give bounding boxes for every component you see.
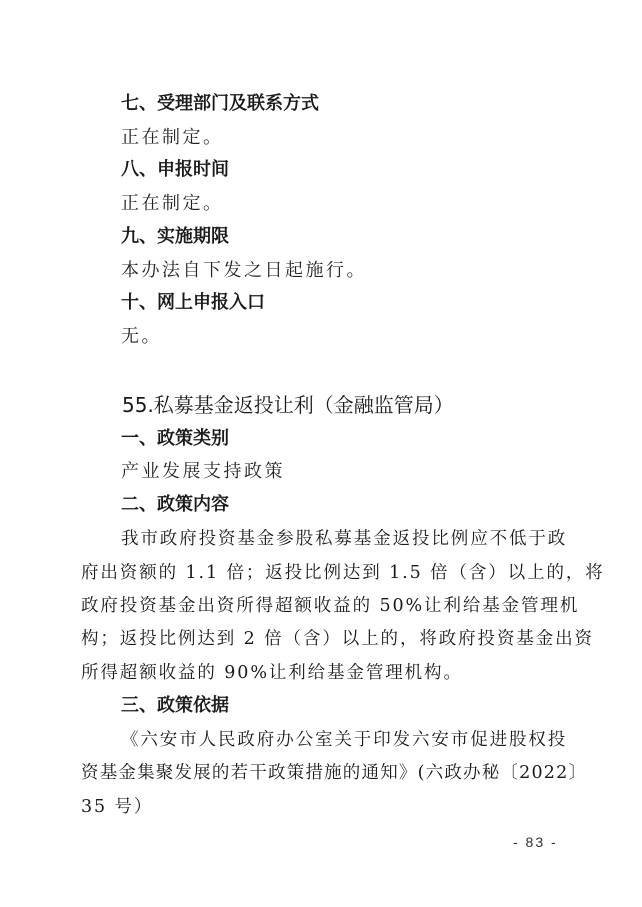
section-heading-period: 九、实施期限: [121, 225, 229, 249]
policy-basis-line: 35 号）: [81, 795, 559, 819]
policy-basis-heading: 三、政策依据: [121, 694, 229, 718]
section-text-period: 本办法自下发之日起施行。: [121, 259, 367, 283]
policy-basis-line: 《六安市人民政府办公室关于印发六安市促进股权投: [121, 728, 559, 752]
policy-basis-line: 资基金集聚发展的若干政策措施的通知》(六政办秘〔2022〕: [81, 761, 559, 785]
policy-content-line: 政府投资基金出资所得超额收益的 50%让利给基金管理机: [81, 594, 559, 618]
section-heading-online-entry: 十、网上申报入口: [121, 291, 265, 315]
policy-title: 55.私募基金返投让利（金融监管局）: [122, 393, 454, 417]
policy-content-line: 构；返投比例达到 2 倍（含）以上的，将政府投资基金出资: [81, 627, 559, 651]
section-heading-apply-time: 八、申报时间: [121, 158, 229, 182]
policy-content-line: 所得超额收益的 90%让利给基金管理机构。: [81, 661, 559, 685]
policy-category-text: 产业发展支持政策: [121, 460, 285, 484]
page-number: - 83 -: [513, 830, 558, 854]
section-text-contact: 正在制定。: [121, 126, 224, 150]
policy-content-line: 我市政府投资基金参股私募基金返投比例应不低于政: [121, 527, 559, 551]
policy-content-line: 府出资额的 1.1 倍；返投比例达到 1.5 倍（含）以上的，将: [81, 561, 559, 585]
policy-category-heading: 一、政策类别: [121, 427, 229, 451]
policy-content-heading: 二、政策内容: [121, 493, 229, 517]
section-text-apply-time: 正在制定。: [121, 192, 224, 216]
section-text-online-entry: 无。: [121, 325, 162, 349]
section-heading-contact: 七、受理部门及联系方式: [121, 92, 319, 116]
